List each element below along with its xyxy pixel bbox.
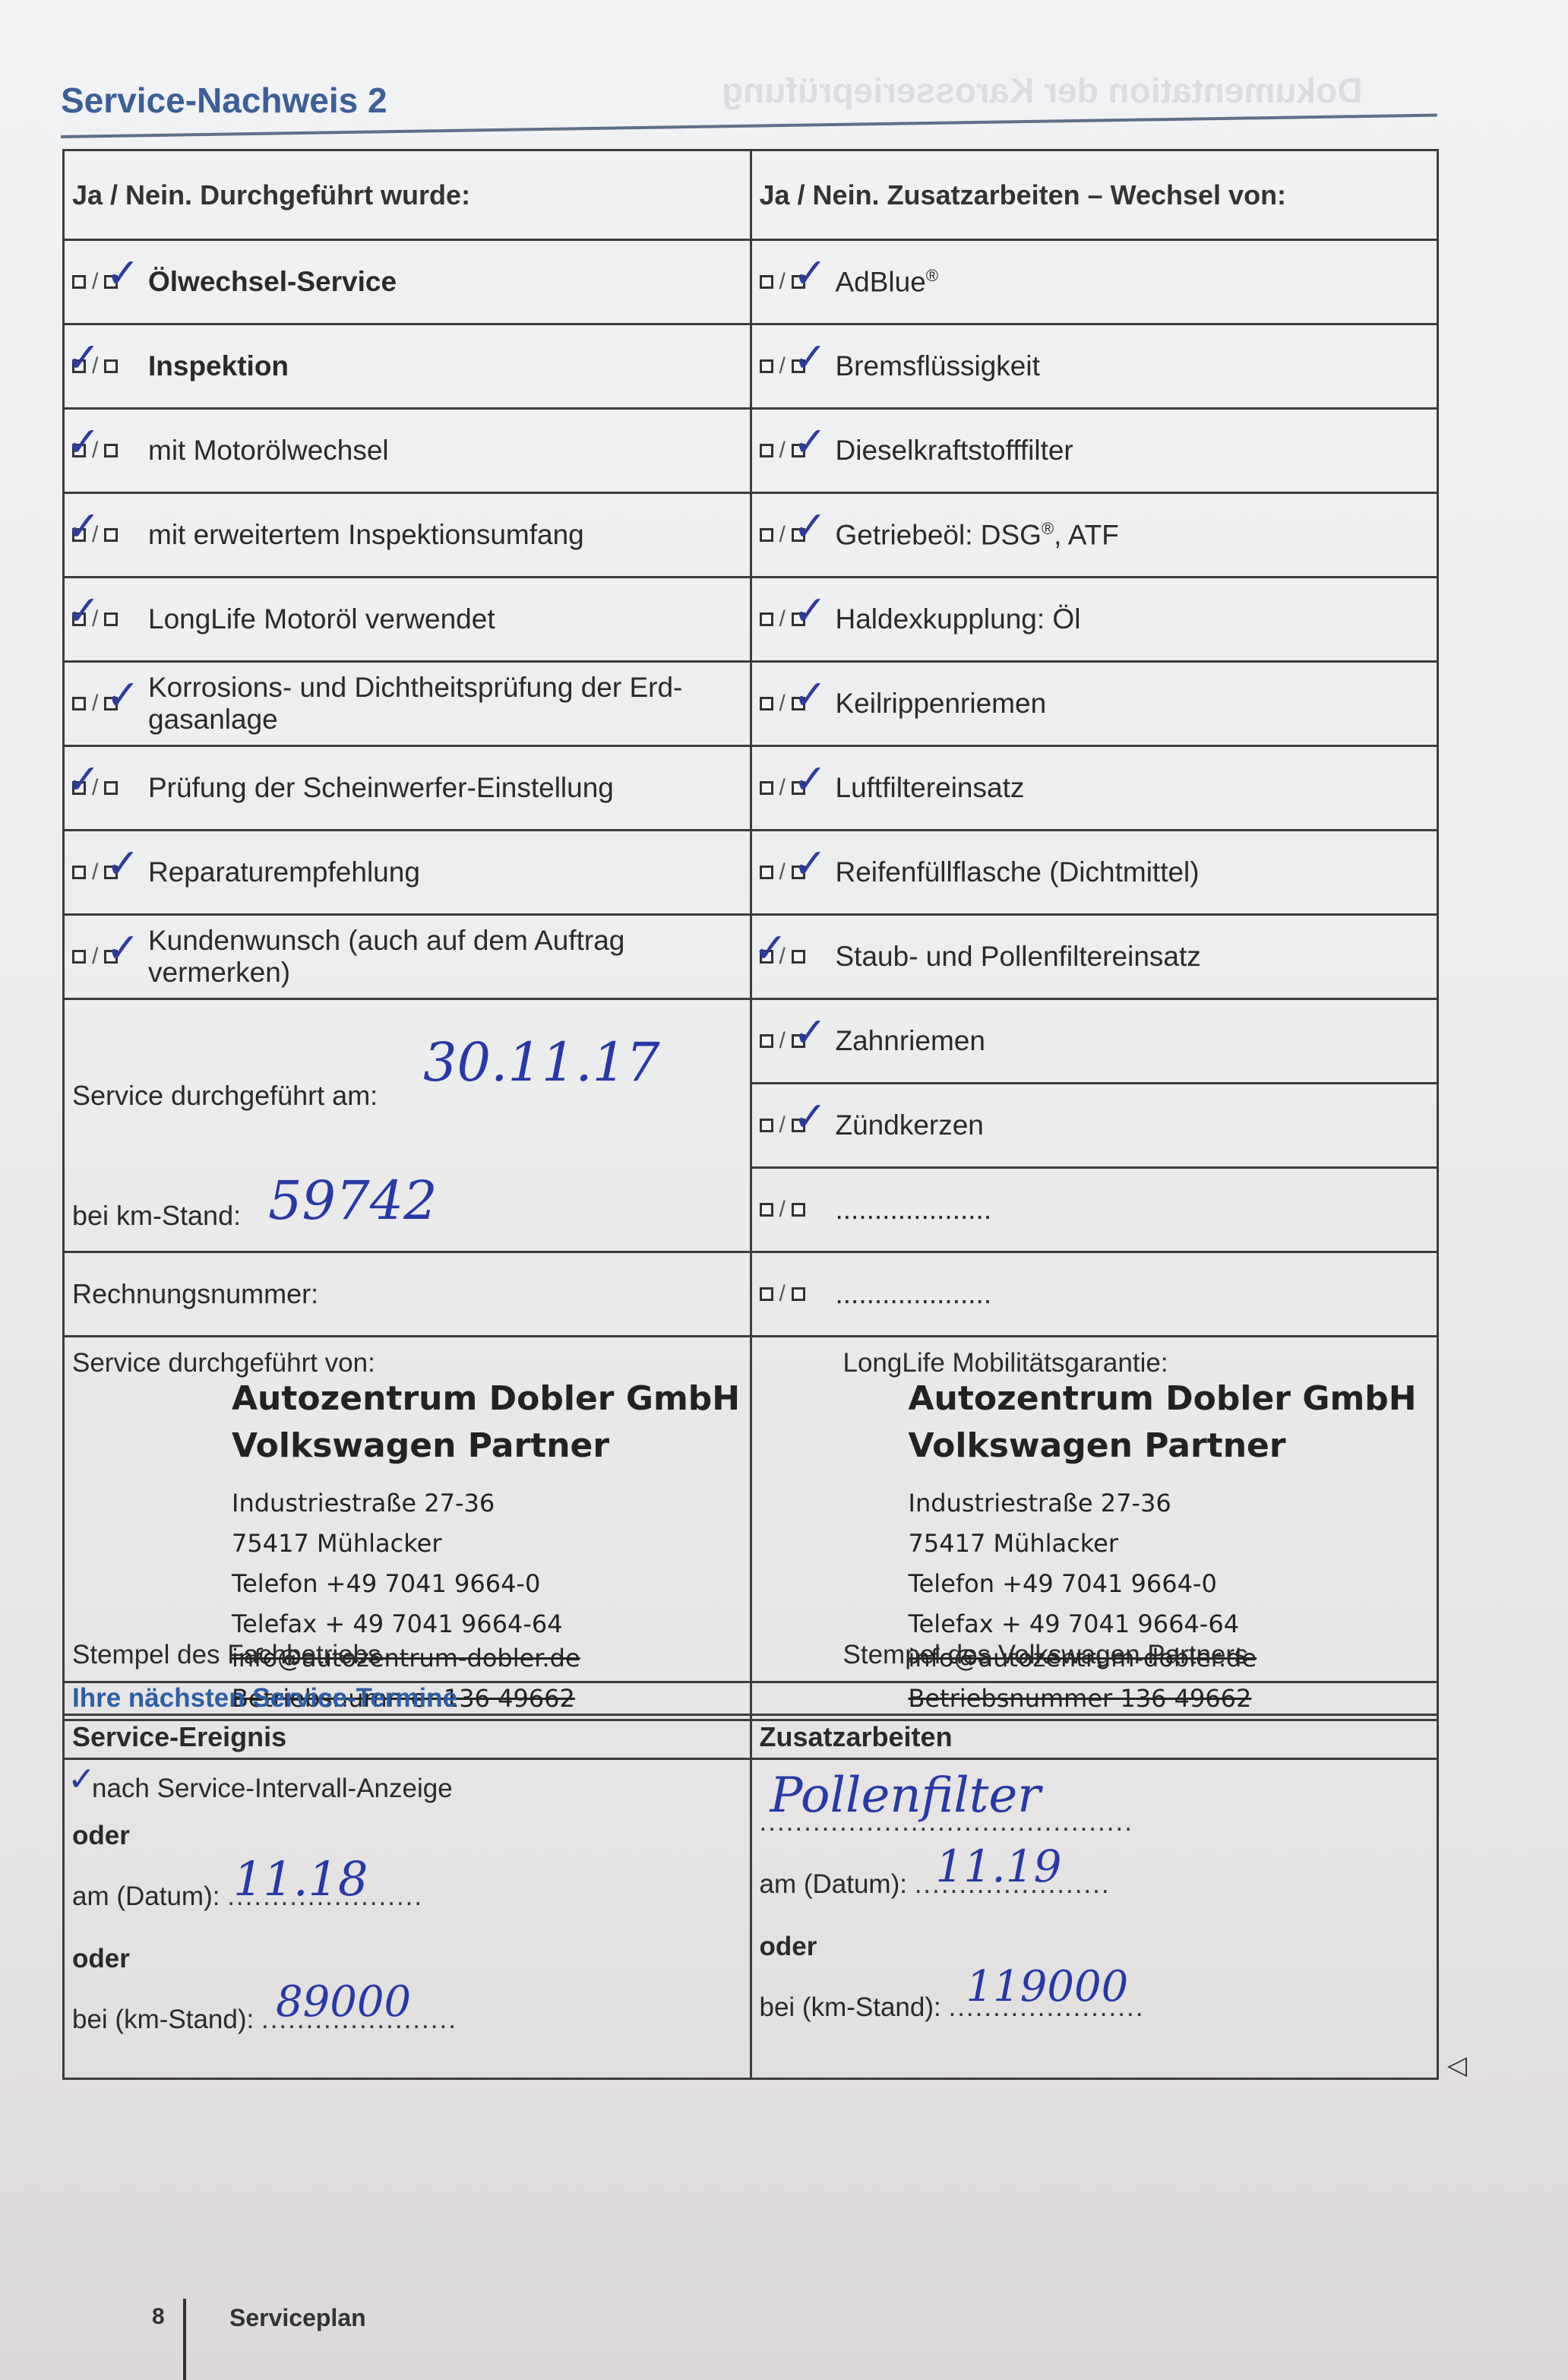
checklist-item-label: mit Motorölwechsel [148,435,389,467]
checklist-item-label: LongLife Motoröl verwendet [148,603,495,635]
ja-nein-checkboxes: /✓ [760,606,836,632]
right-column-header: Ja / Nein. Zusatzarbeiten – Wechsel von: [751,150,1438,240]
left-checklist-cell: /✓Korrosions- und Dichtheitsprüfung der … [64,662,751,746]
slash-separator: / [779,691,786,717]
ja-checkbox[interactable] [760,866,773,879]
right-checklist-cell: /✓Zündkerzen [751,1084,1438,1168]
nein-checkbox[interactable] [792,1287,805,1301]
checklist-item-label: Zündkerzen [836,1109,984,1141]
ja-nein-checkboxes: / [760,1281,836,1307]
checklist-item-label: Staub- und Pollenfiltereinsatz [836,941,1201,973]
triangle-marker-icon: ◁ [1447,2050,1467,2081]
slash-separator: / [779,1028,786,1054]
service-date-field[interactable]: Service durchgeführt am:30.11.17 [72,1027,742,1110]
ja-checkbox[interactable] [760,444,773,457]
ja-checkbox[interactable] [760,359,773,373]
left-checklist-cell: /✓Inspektion [64,324,751,409]
service-event-cell: ✓ nach Service-Intervall-Anzeige oder am… [64,1759,751,2079]
handwritten-checkmark-icon: ✓ [793,334,827,381]
ja-checkbox[interactable] [760,1287,773,1301]
left-checklist-cell: /✓LongLife Motoröl verwendet [64,578,751,662]
slash-separator: / [92,859,98,885]
handwritten-checkmark-icon: ✓ [66,418,100,466]
ja-nein-checkboxes: /✓ [760,859,836,885]
ja-nein-checkboxes: /✓ [760,353,836,379]
ja-nein-checkboxes: /✓ [760,438,836,464]
slash-separator: / [779,269,786,295]
ja-checkbox[interactable] [760,697,773,711]
nein-checkbox[interactable] [792,1203,805,1217]
or-label: oder [760,1932,1430,1962]
checklist-item[interactable]: /✓Getriebeöl: DSG®, ATF [760,519,1430,551]
checklist-item[interactable]: /✓Luftfiltereinsatz [760,772,1430,804]
footer-divider [183,2299,186,2380]
table-row: /✓Reparaturempfehlung/✓Reifenfüllflasche… [64,831,1438,915]
ja-nein-checkboxes: /✓ [72,438,148,464]
checklist-item[interactable]: /✓Staub- und Pollenfiltereinsatz [760,941,1430,973]
event-date-value: 11.18 [233,1851,368,1907]
slash-separator: / [779,775,786,801]
ja-nein-checkboxes: /✓ [72,775,148,801]
table-row: /✓Inspektion/✓Bremsflüssigkeit [64,324,1438,409]
checklist-item-label: mit erweitertem Inspektionsumfang [148,519,584,551]
event-km-value: 89000 [276,1977,411,2027]
handwritten-checkmark-icon: ✓ [66,755,100,803]
table-row: /✓Ölwechsel-Service/✓AdBlue® [64,240,1438,324]
slash-separator: / [779,353,786,379]
ja-nein-checkboxes: /✓ [760,269,836,295]
ja-checkbox[interactable] [72,275,86,289]
invoice-number-field[interactable]: Rechnungsnummer: [64,1252,751,1337]
checklist-item[interactable]: /✓Reifenfüllflasche (Dichtmittel) [760,856,1430,888]
handwritten-checkmark-icon: ✓ [106,924,140,972]
handwritten-checkmark-icon: ✓ [66,587,100,635]
showthrough-text: Dokumentation der Karosserieprüfung [722,70,1362,111]
service-date-km-cell: Service durchgeführt am:30.11.17bei km-S… [64,999,751,1252]
right-checklist-cell: /✓Keilrippenriemen [751,662,1438,746]
extra-date-value: 11.19 [936,1840,1062,1892]
footer-section-label: Serviceplan [229,2304,366,2332]
km-field[interactable]: bei km-Stand:59742 [72,1110,742,1224]
nein-checkbox[interactable] [104,528,118,542]
checklist-item[interactable]: /✓Prüfung der Scheinwerfer-Einstellung [72,772,742,804]
checklist-item-label: AdBlue® [836,266,939,298]
slash-separator: / [779,522,786,548]
left-dealer-stamp-cell: Service durchgeführt von:Autozentrum Dob… [64,1337,751,1720]
checklist-item[interactable]: /✓Zahnriemen [760,1025,1430,1057]
service-record-page: Dokumentation der Karosserieprüfung Serv… [0,0,1568,2380]
checklist-item-label: Inspektion [148,350,289,382]
right-checklist-cell: /.................... [751,1168,1438,1252]
left-checklist-cell: /✓Kundenwunsch (auch auf dem Auftrag ver… [64,915,751,999]
right-dealer-stamp-cell: LongLife Mobilitätsgarantie:Autozentrum … [751,1337,1438,1720]
table-row: /✓LongLife Motoröl verwendet/✓Haldexkupp… [64,578,1438,662]
ja-checkbox[interactable] [760,1119,773,1132]
event-km-field[interactable]: bei (km-Stand): ...................... 8… [72,2005,742,2035]
right-checklist-cell: /✓Luftfiltereinsatz [751,746,1438,831]
slash-separator: / [779,1197,786,1223]
checklist-item[interactable]: /✓Zündkerzen [760,1109,1430,1141]
table-row: /✓mit erweitertem Inspektionsumfang/✓Get… [64,493,1438,578]
handwritten-checkmark-icon: ✓ [793,671,827,719]
event-date-field[interactable]: am (Datum): ...................... 11.18 [72,1882,742,1912]
ja-nein-checkboxes: /✓ [72,691,148,717]
right-checklist-cell: /✓Bremsflüssigkeit [751,324,1438,409]
right-checklist-cell: /✓Dieselkraftstofffilter [751,409,1438,493]
handwritten-checkmark-icon: ✓ [106,249,140,297]
checklist-item[interactable]: /.................... [760,1278,1430,1310]
ja-nein-checkboxes: /✓ [72,522,148,548]
ja-checkbox[interactable] [72,866,86,879]
checklist-item-label: Keilrippenriemen [836,688,1047,720]
ja-nein-checkboxes: /✓ [760,1028,836,1054]
checklist-item-label: Haldexkupplung: Öl [836,603,1081,635]
slash-separator: / [779,606,786,632]
ja-checkbox[interactable] [72,950,86,964]
handwritten-checkmark-icon: ✓ [793,755,827,803]
checkmark-icon: ✓ [68,1760,96,1799]
ja-nein-checkboxes: /✓ [72,353,148,379]
ja-nein-checkboxes: /✓ [72,606,148,632]
service-date-value: 30.11.17 [423,1031,660,1093]
nein-checkbox[interactable] [104,359,118,373]
ja-nein-checkboxes: /✓ [72,269,148,295]
checklist-item-label: Bremsflüssigkeit [836,350,1040,382]
slash-separator: / [92,691,98,717]
checklist-item[interactable]: /✓Dieselkraftstofffilter [760,435,1430,467]
ja-nein-checkboxes: /✓ [760,1112,836,1138]
ja-nein-checkboxes: /✓ [760,691,836,717]
ja-checkbox[interactable] [760,781,773,795]
nein-checkbox[interactable] [104,444,118,457]
handwritten-checkmark-icon: ✓ [66,502,100,550]
ja-nein-checkboxes: /✓ [72,859,148,885]
slash-separator: / [779,1112,786,1138]
handwritten-checkmark-icon: ✓ [106,671,140,719]
checklist-item-label: .................... [836,1194,992,1226]
extra-date-field[interactable]: am (Datum): ...................... 11.19 [760,1869,1430,1900]
checklist-item-label: Reifenfüllflasche (Dichtmittel) [836,856,1200,888]
handwritten-checkmark-icon: ✓ [793,840,827,888]
ja-nein-checkboxes: /✓ [760,944,836,970]
handwritten-checkmark-icon: ✓ [793,418,827,466]
slash-separator: / [779,859,786,885]
right-checklist-cell: /✓Staub- und Pollenfiltereinsatz [751,915,1438,999]
checklist-item[interactable]: /✓Bremsflüssigkeit [760,350,1430,382]
or-label: oder [72,1821,742,1851]
right-checklist-cell: /✓Reifenfüllflasche (Dichtmittel) [751,831,1438,915]
checklist-item[interactable]: /✓LongLife Motoröl verwendet [72,603,742,635]
ja-nein-checkboxes: /✓ [760,775,836,801]
nein-checkbox[interactable] [104,781,118,795]
ja-checkbox[interactable] [760,612,773,626]
extra-km-value: 119000 [966,1962,1129,2011]
left-checklist-cell: /✓mit erweitertem Inspektionsumfang [64,493,751,578]
slash-separator: / [92,269,98,295]
checklist-item[interactable]: /✓Keilrippenriemen [760,688,1430,720]
interval-option[interactable]: ✓ nach Service-Intervall-Anzeige [72,1774,742,1804]
slash-separator: / [779,1281,786,1307]
ja-checkbox[interactable] [760,1203,773,1217]
table-row: /✓mit Motorölwechsel/✓Dieselkraftstofffi… [64,409,1438,493]
right-checklist-cell: /✓Getriebeöl: DSG®, ATF [751,493,1438,578]
checklist-item[interactable]: /✓mit Motorölwechsel [72,435,742,467]
ja-nein-checkboxes: /✓ [760,522,836,548]
page-number: 8 [152,2304,165,2330]
checklist-item-label: Korrosions- und Dichtheitsprüfung der Er… [148,672,742,736]
table-row: /✓Kundenwunsch (auch auf dem Auftrag ver… [64,915,1438,999]
slash-separator: / [779,438,786,464]
ja-nein-checkboxes: /✓ [72,944,148,970]
checklist-item-label: .................... [836,1278,992,1310]
extra-km-field[interactable]: bei (km-Stand): ...................... 1… [760,1992,1430,2023]
checklist-item-label: Ölwechsel-Service [148,266,397,298]
ja-checkbox[interactable] [760,528,773,542]
checklist-item-label: Getriebeöl: DSG®, ATF [836,519,1119,551]
checklist-item-label: Zahnriemen [836,1025,985,1057]
checklist-item[interactable]: /✓Ölwechsel-Service [72,266,742,298]
checklist-item[interactable]: /✓Reparaturempfehlung [72,856,742,888]
checklist-item[interactable]: /✓Haldexkupplung: Öl [760,603,1430,635]
table-row: /✓Korrosions- und Dichtheitsprüfung der … [64,662,1438,746]
checklist-item[interactable]: /✓Korrosions- und Dichtheitsprüfung der … [72,672,742,736]
nein-checkbox[interactable] [792,950,805,964]
ja-nein-checkboxes: / [760,1197,836,1223]
slash-separator: / [92,944,98,970]
or-label: oder [72,1944,742,1974]
right-checklist-cell: /✓Zahnriemen [751,999,1438,1084]
handwritten-checkmark-icon: ✓ [66,334,100,381]
right-checklist-cell: /✓AdBlue® [751,240,1438,324]
left-checklist-cell: /✓Reparaturempfehlung [64,831,751,915]
checklist-item[interactable]: /✓mit erweitertem Inspektionsumfang [72,519,742,551]
checklist-item-label: Kundenwunsch (auch auf dem Auftrag verme… [148,925,742,989]
handwritten-checkmark-icon: ✓ [793,1093,827,1141]
service-event-header: Service-Ereignis [64,1715,751,1759]
service-checklist-table: Ja / Nein. Durchgeführt wurde: Ja / Nein… [62,149,1439,1721]
left-checklist-cell: /✓mit Motorölwechsel [64,409,751,493]
ja-checkbox[interactable] [760,275,773,289]
left-checklist-cell: /✓Prüfung der Scheinwerfer-Einstellung [64,746,751,831]
nein-checkbox[interactable] [104,612,118,626]
page-title: Service-Nachweis 2 [61,80,387,121]
ja-checkbox[interactable] [72,697,86,711]
ja-checkbox[interactable] [760,1034,773,1048]
handwritten-checkmark-icon: ✓ [793,502,827,550]
handwritten-checkmark-icon: ✓ [793,1008,827,1056]
extra-work-field[interactable]: Pollenfilter ...........................… [760,1771,1430,1834]
checklist-item[interactable]: /.................... [760,1194,1430,1226]
km-value: 59742 [268,1169,438,1232]
table-row: /✓Prüfung der Scheinwerfer-Einstellung/✓… [64,746,1438,831]
checklist-item[interactable]: /✓AdBlue® [760,266,1430,298]
extra-work-cell: Pollenfilter ...........................… [751,1759,1438,2079]
checklist-item-label: Luftfiltereinsatz [836,772,1025,804]
handwritten-checkmark-icon: ✓ [793,587,827,635]
checklist-item-label: Prüfung der Scheinwerfer-Einstellung [148,772,614,804]
checklist-item-label: Reparaturempfehlung [148,856,420,888]
left-checklist-cell: /✓Ölwechsel-Service [64,240,751,324]
right-checklist-cell: /✓Haldexkupplung: Öl [751,578,1438,662]
next-service-title: Ihre nächsten Service-Termine [64,1682,1438,1715]
left-column-header: Ja / Nein. Durchgeführt wurde: [64,150,751,240]
next-service-table: Ihre nächsten Service-Termine Service-Er… [62,1681,1439,2080]
handwritten-checkmark-icon: ✓ [106,840,140,888]
checklist-item[interactable]: /✓Inspektion [72,350,742,382]
checklist-item-label: Dieselkraftstofffilter [836,435,1073,467]
extra-work-header: Zusatzarbeiten [751,1715,1438,1759]
right-checklist-cell: /.................... [751,1252,1438,1337]
handwritten-checkmark-icon: ✓ [754,924,788,972]
checklist-item[interactable]: /✓Kundenwunsch (auch auf dem Auftrag ver… [72,925,742,989]
handwritten-checkmark-icon: ✓ [793,249,827,297]
